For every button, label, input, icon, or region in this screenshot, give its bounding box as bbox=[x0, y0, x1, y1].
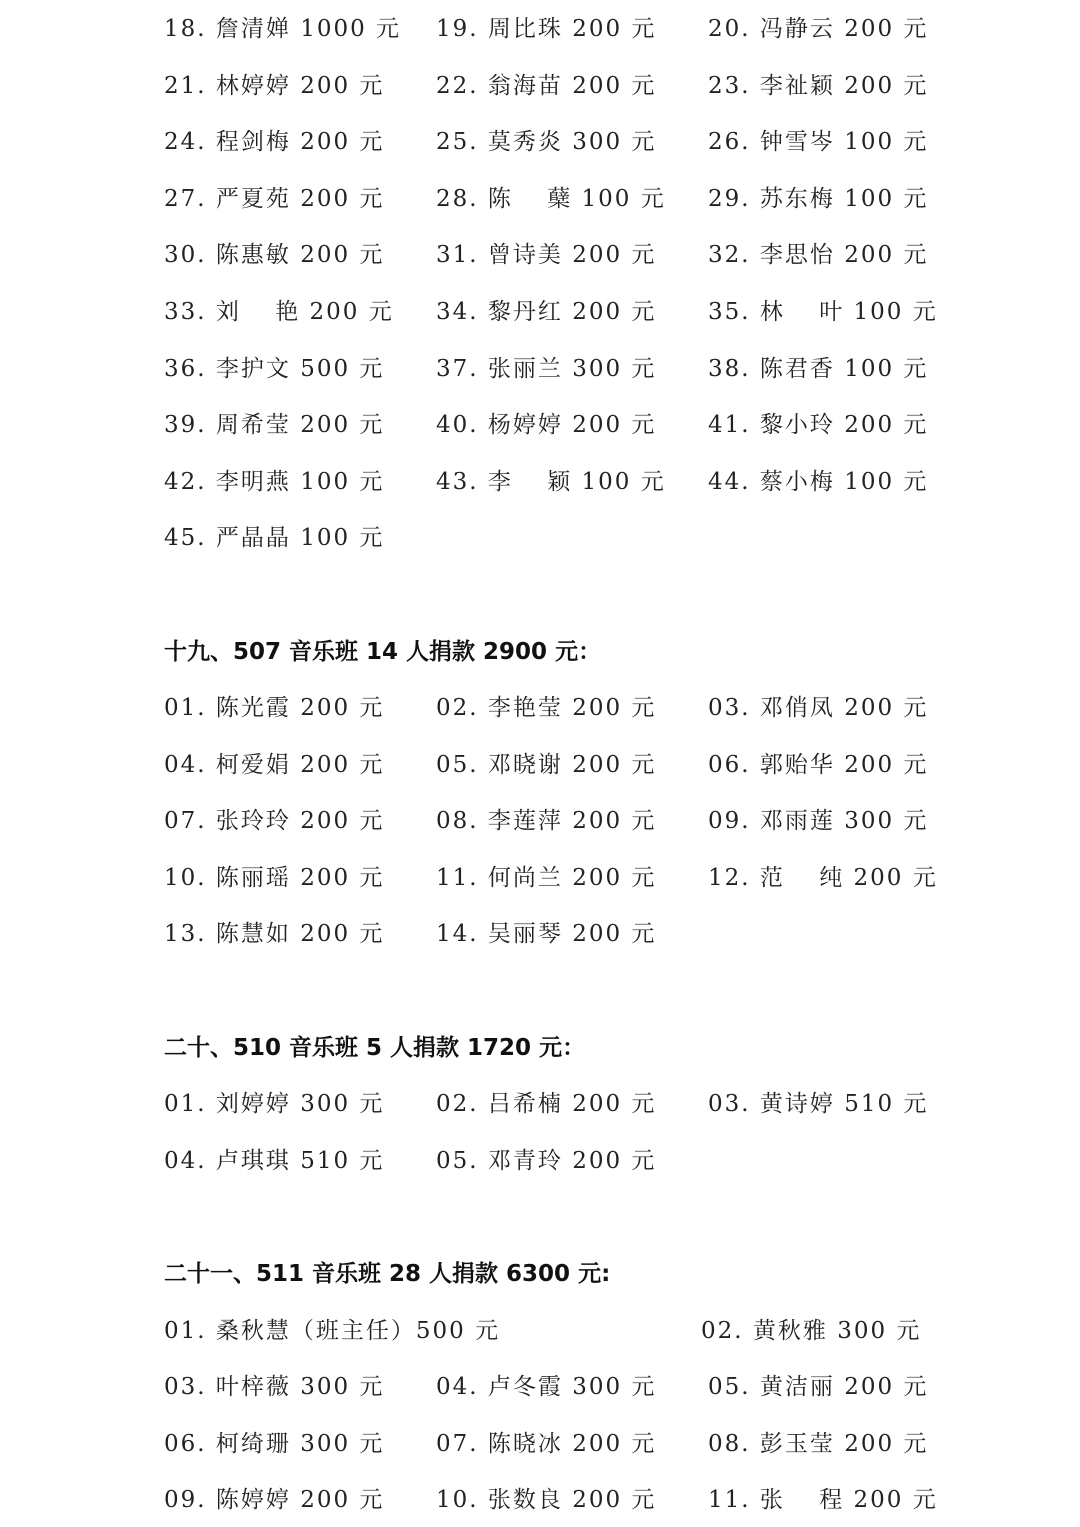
donor-entry: 18. 詹清婵 1000 元 bbox=[164, 9, 401, 49]
section-heading: 二十一、511 音乐班 28 人捐款 6300 元: bbox=[164, 1254, 610, 1294]
donor-entry: 36. 李护文 500 元 bbox=[164, 349, 384, 389]
list-row: 39. 周希莹 200 元 40. 杨婷婷 200 元 41. 黎小玲 200 … bbox=[0, 405, 1080, 445]
donor-entry: 06. 柯绮珊 300 元 bbox=[164, 1424, 384, 1464]
donor-entry: 43. 李 颖 100 元 bbox=[436, 462, 666, 502]
list-row: 45. 严晶晶 100 元 bbox=[0, 518, 1080, 558]
donor-entry: 24. 程剑梅 200 元 bbox=[164, 122, 384, 162]
list-row: 21. 林婷婷 200 元 22. 翁海苗 200 元 23. 李祉颖 200 … bbox=[0, 66, 1080, 106]
donor-entry: 12. 范 纯 200 元 bbox=[708, 858, 938, 898]
donor-entry: 19. 周比珠 200 元 bbox=[436, 9, 656, 49]
donor-entry: 23. 李祉颖 200 元 bbox=[708, 66, 928, 106]
donor-entry: 03. 邓俏凤 200 元 bbox=[708, 688, 928, 728]
donor-entry: 41. 黎小玲 200 元 bbox=[708, 405, 928, 445]
donor-entry: 31. 曾诗美 200 元 bbox=[436, 235, 656, 275]
donor-entry: 11. 张 程 200 元 bbox=[708, 1480, 938, 1520]
donor-entry: 07. 陈晓冰 200 元 bbox=[436, 1424, 656, 1464]
donor-entry: 01. 桑秋慧（班主任）500 元 bbox=[164, 1311, 500, 1351]
donation-list-page: 18. 詹清婵 1000 元 19. 周比珠 200 元 20. 冯静云 200… bbox=[0, 0, 1080, 1527]
donor-entry: 09. 邓雨莲 300 元 bbox=[708, 801, 928, 841]
donor-entry: 04. 柯爱娟 200 元 bbox=[164, 745, 384, 785]
donor-entry: 01. 刘婷婷 300 元 bbox=[164, 1084, 384, 1124]
list-row: 01. 陈光霞 200 元 02. 李艳莹 200 元 03. 邓俏凤 200 … bbox=[0, 688, 1080, 728]
section-heading: 二十、510 音乐班 5 人捐款 1720 元： bbox=[164, 1028, 585, 1068]
donor-entry: 02. 吕希楠 200 元 bbox=[436, 1084, 656, 1124]
donor-entry: 07. 张玲玲 200 元 bbox=[164, 801, 384, 841]
donor-entry: 04. 卢琪琪 510 元 bbox=[164, 1141, 384, 1181]
list-row: 33. 刘 艳 200 元 34. 黎丹红 200 元 35. 林 叶 100 … bbox=[0, 292, 1080, 332]
list-row: 30. 陈惠敏 200 元 31. 曾诗美 200 元 32. 李思怡 200 … bbox=[0, 235, 1080, 275]
donor-entry: 08. 彭玉莹 200 元 bbox=[708, 1424, 928, 1464]
donor-entry: 04. 卢冬霞 300 元 bbox=[436, 1367, 656, 1407]
donor-entry: 05. 邓晓谢 200 元 bbox=[436, 745, 656, 785]
list-row: 27. 严夏苑 200 元 28. 陈 蘖 100 元 29. 苏东梅 100 … bbox=[0, 179, 1080, 219]
section-heading: 十九、507 音乐班 14 人捐款 2900 元： bbox=[164, 632, 601, 672]
donor-entry: 02. 李艳莹 200 元 bbox=[436, 688, 656, 728]
list-row: 24. 程剑梅 200 元 25. 莫秀炎 300 元 26. 钟雪岑 100 … bbox=[0, 122, 1080, 162]
list-row: 10. 陈丽瑶 200 元 11. 何尚兰 200 元 12. 范 纯 200 … bbox=[0, 858, 1080, 898]
list-row: 13. 陈慧如 200 元 14. 吴丽琴 200 元 bbox=[0, 914, 1080, 954]
donor-entry: 03. 叶梓薇 300 元 bbox=[164, 1367, 384, 1407]
donor-entry: 28. 陈 蘖 100 元 bbox=[436, 179, 666, 219]
donor-entry: 44. 蔡小梅 100 元 bbox=[708, 462, 928, 502]
donor-entry: 37. 张丽兰 300 元 bbox=[436, 349, 656, 389]
donor-entry: 29. 苏东梅 100 元 bbox=[708, 179, 928, 219]
donor-entry: 09. 陈婷婷 200 元 bbox=[164, 1480, 384, 1520]
donor-entry: 33. 刘 艳 200 元 bbox=[164, 292, 394, 332]
donor-entry: 20. 冯静云 200 元 bbox=[708, 9, 928, 49]
list-row: 07. 张玲玲 200 元 08. 李莲萍 200 元 09. 邓雨莲 300 … bbox=[0, 801, 1080, 841]
donor-entry: 22. 翁海苗 200 元 bbox=[436, 66, 656, 106]
list-row: 18. 詹清婵 1000 元 19. 周比珠 200 元 20. 冯静云 200… bbox=[0, 9, 1080, 49]
donor-entry: 08. 李莲萍 200 元 bbox=[436, 801, 656, 841]
list-row: 04. 柯爱娟 200 元 05. 邓晓谢 200 元 06. 郭贻华 200 … bbox=[0, 745, 1080, 785]
list-row: 01. 桑秋慧（班主任）500 元 02. 黄秋雅 300 元 bbox=[0, 1311, 1080, 1351]
donor-entry: 14. 吴丽琴 200 元 bbox=[436, 914, 656, 954]
donor-entry: 30. 陈惠敏 200 元 bbox=[164, 235, 384, 275]
list-row: 01. 刘婷婷 300 元 02. 吕希楠 200 元 03. 黄诗婷 510 … bbox=[0, 1084, 1080, 1124]
donor-entry: 35. 林 叶 100 元 bbox=[708, 292, 938, 332]
donor-entry: 45. 严晶晶 100 元 bbox=[164, 518, 384, 558]
donor-entry: 27. 严夏苑 200 元 bbox=[164, 179, 384, 219]
donor-entry: 01. 陈光霞 200 元 bbox=[164, 688, 384, 728]
list-row: 09. 陈婷婷 200 元 10. 张数良 200 元 11. 张 程 200 … bbox=[0, 1480, 1080, 1520]
list-row: 42. 李明燕 100 元 43. 李 颖 100 元 44. 蔡小梅 100 … bbox=[0, 462, 1080, 502]
donor-entry: 42. 李明燕 100 元 bbox=[164, 462, 384, 502]
donor-entry: 34. 黎丹红 200 元 bbox=[436, 292, 656, 332]
donor-entry: 10. 陈丽瑶 200 元 bbox=[164, 858, 384, 898]
donor-entry: 13. 陈慧如 200 元 bbox=[164, 914, 384, 954]
list-row: 03. 叶梓薇 300 元 04. 卢冬霞 300 元 05. 黄洁丽 200 … bbox=[0, 1367, 1080, 1407]
list-row: 06. 柯绮珊 300 元 07. 陈晓冰 200 元 08. 彭玉莹 200 … bbox=[0, 1424, 1080, 1464]
donor-entry: 11. 何尚兰 200 元 bbox=[436, 858, 656, 898]
donor-entry: 05. 黄洁丽 200 元 bbox=[708, 1367, 928, 1407]
donor-entry: 05. 邓青玲 200 元 bbox=[436, 1141, 656, 1181]
donor-entry: 32. 李思怡 200 元 bbox=[708, 235, 928, 275]
donor-entry: 21. 林婷婷 200 元 bbox=[164, 66, 384, 106]
donor-entry: 38. 陈君香 100 元 bbox=[708, 349, 928, 389]
list-row: 04. 卢琪琪 510 元 05. 邓青玲 200 元 bbox=[0, 1141, 1080, 1181]
donor-entry: 40. 杨婷婷 200 元 bbox=[436, 405, 656, 445]
donor-entry: 26. 钟雪岑 100 元 bbox=[708, 122, 928, 162]
donor-entry: 06. 郭贻华 200 元 bbox=[708, 745, 928, 785]
donor-entry: 03. 黄诗婷 510 元 bbox=[708, 1084, 928, 1124]
list-row: 36. 李护文 500 元 37. 张丽兰 300 元 38. 陈君香 100 … bbox=[0, 349, 1080, 389]
donor-entry: 25. 莫秀炎 300 元 bbox=[436, 122, 656, 162]
donor-entry: 10. 张数良 200 元 bbox=[436, 1480, 656, 1520]
donor-entry: 02. 黄秋雅 300 元 bbox=[701, 1311, 921, 1351]
donor-entry: 39. 周希莹 200 元 bbox=[164, 405, 384, 445]
